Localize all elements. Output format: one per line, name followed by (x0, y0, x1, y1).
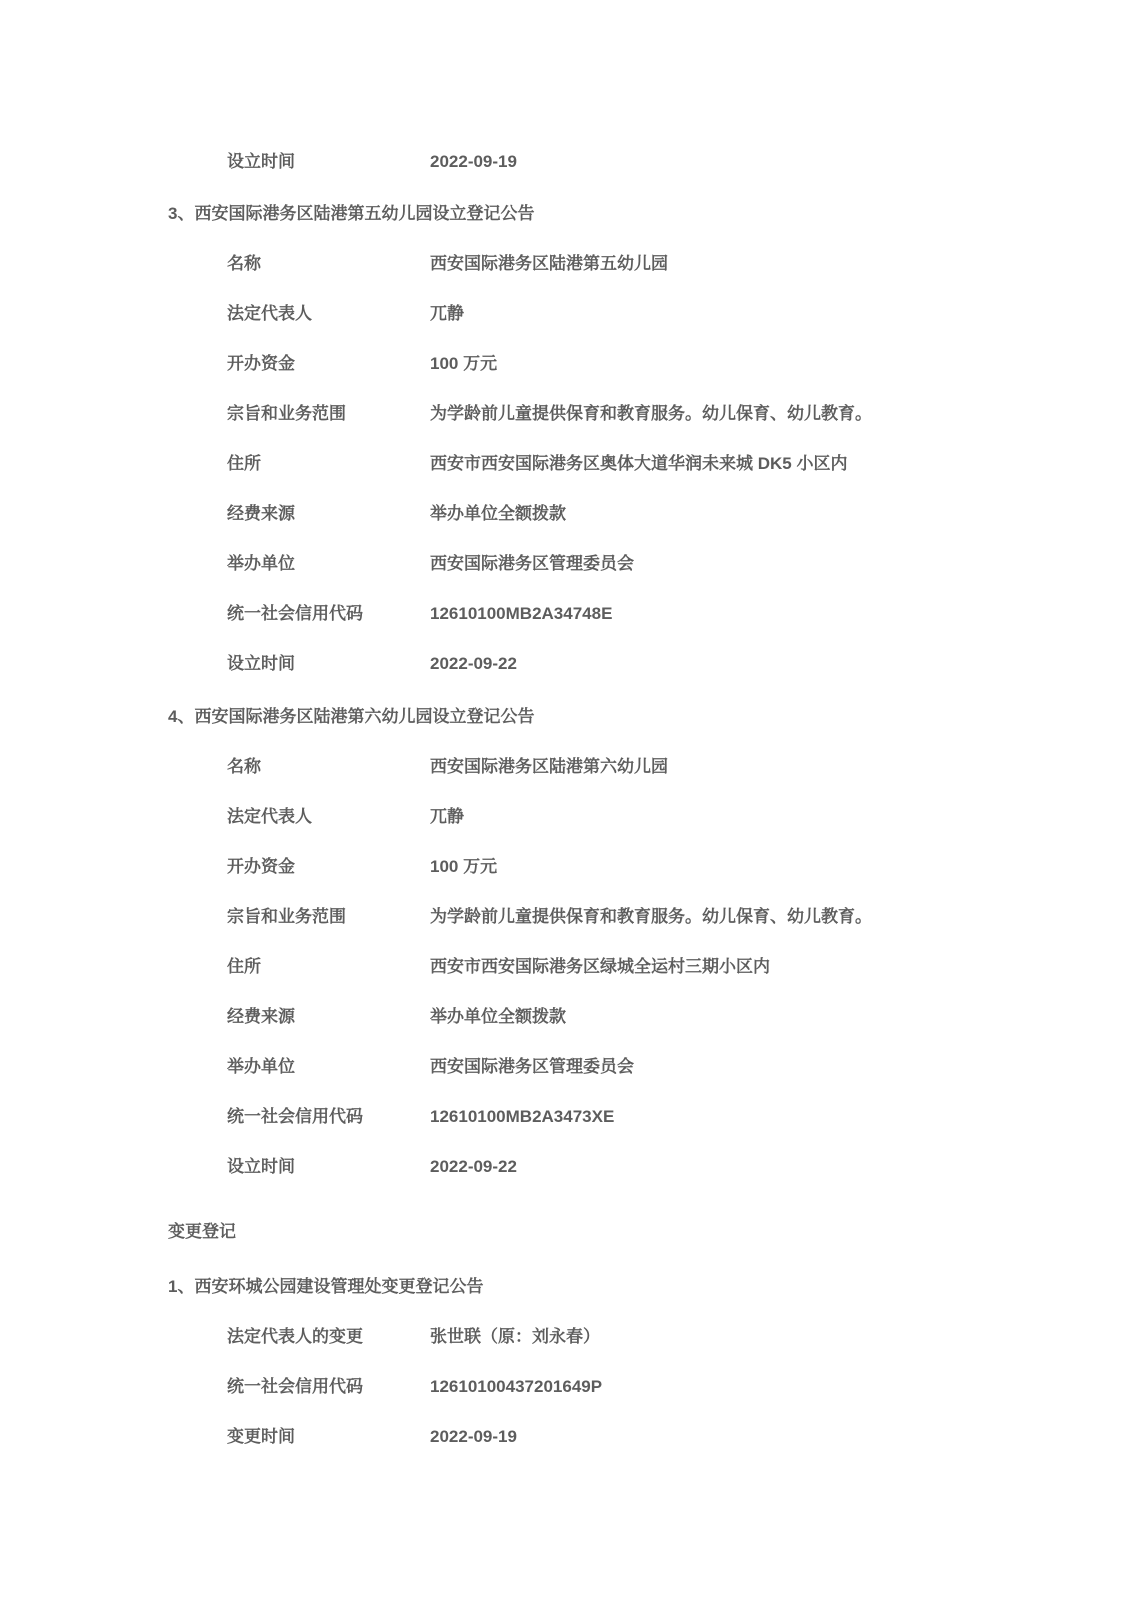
field-value: 西安市西安国际港务区绿城全运村三期小区内 (430, 956, 770, 978)
field-row: 统一社会信用代码 12610100MB2A34748E (0, 603, 1131, 625)
field-row: 住所 西安市西安国际港务区绿城全运村三期小区内 (0, 956, 1131, 978)
field-value: 举办单位全额拨款 (430, 503, 566, 525)
field-row: 设立时间 2022-09-22 (0, 1156, 1131, 1178)
field-label: 法定代表人 (227, 303, 430, 325)
field-value: 2022-09-22 (430, 653, 517, 675)
field-label: 法定代表人的变更 (227, 1326, 430, 1348)
field-label: 宗旨和业务范围 (227, 403, 430, 425)
field-row: 统一社会信用代码 12610100437201649P (0, 1376, 1131, 1398)
field-label: 开办资金 (227, 856, 430, 878)
field-value: 12610100MB2A3473XE (430, 1106, 614, 1128)
field-label: 设立时间 (227, 653, 430, 675)
field-label: 住所 (227, 453, 430, 475)
establishment-item-3: 3、西安国际港务区陆港第五幼儿园设立登记公告 名称 西安国际港务区陆港第五幼儿园… (0, 203, 1131, 675)
item-heading: 1、西安环城公园建设管理处变更登记公告 (0, 1276, 1131, 1298)
field-label: 设立时间 (227, 1156, 430, 1178)
field-value: 100 万元 (430, 353, 497, 375)
item-heading: 3、西安国际港务区陆港第五幼儿园设立登记公告 (0, 203, 1131, 225)
field-label: 统一社会信用代码 (227, 1376, 430, 1398)
field-row: 举办单位 西安国际港务区管理委员会 (0, 1056, 1131, 1078)
field-value: 兀静 (430, 806, 464, 828)
field-label: 法定代表人 (227, 806, 430, 828)
field-value: 为学龄前儿童提供保育和教育服务。幼儿保育、幼儿教育。 (430, 403, 872, 425)
field-label: 宗旨和业务范围 (227, 906, 430, 928)
item-heading: 4、西安国际港务区陆港第六幼儿园设立登记公告 (0, 706, 1131, 728)
establishment-item-4: 4、西安国际港务区陆港第六幼儿园设立登记公告 名称 西安国际港务区陆港第六幼儿园… (0, 706, 1131, 1178)
field-value: 为学龄前儿童提供保育和教育服务。幼儿保育、幼儿教育。 (430, 906, 872, 928)
field-row: 法定代表人 兀静 (0, 303, 1131, 325)
field-label: 举办单位 (227, 1056, 430, 1078)
field-label: 统一社会信用代码 (227, 1106, 430, 1128)
field-value: 西安市西安国际港务区奥体大道华润未来城 DK5 小区内 (430, 453, 847, 475)
field-row: 经费来源 举办单位全额拨款 (0, 503, 1131, 525)
field-label: 名称 (227, 756, 430, 778)
field-row: 开办资金 100 万元 (0, 856, 1131, 878)
section-title-change-registration: 变更登记 (0, 1221, 1131, 1243)
field-value: 兀静 (430, 303, 464, 325)
field-row: 设立时间 2022-09-19 (0, 151, 1131, 173)
change-item-1: 1、西安环城公园建设管理处变更登记公告 法定代表人的变更 张世联（原：刘永春） … (0, 1276, 1131, 1448)
field-row: 宗旨和业务范围 为学龄前儿童提供保育和教育服务。幼儿保育、幼儿教育。 (0, 403, 1131, 425)
field-label: 住所 (227, 956, 430, 978)
field-row: 开办资金 100 万元 (0, 353, 1131, 375)
field-label: 举办单位 (227, 553, 430, 575)
field-row: 经费来源 举办单位全额拨款 (0, 1006, 1131, 1028)
field-row: 法定代表人的变更 张世联（原：刘永春） (0, 1326, 1131, 1348)
field-value: 2022-09-19 (430, 151, 517, 173)
field-label: 经费来源 (227, 1006, 430, 1028)
field-value: 西安国际港务区陆港第五幼儿园 (430, 253, 668, 275)
field-row: 变更时间 2022-09-19 (0, 1426, 1131, 1448)
field-label: 设立时间 (227, 151, 430, 173)
field-value: 12610100437201649P (430, 1376, 602, 1398)
field-value: 举办单位全额拨款 (430, 1006, 566, 1028)
field-value: 100 万元 (430, 856, 497, 878)
field-value: 2022-09-19 (430, 1426, 517, 1448)
field-value: 西安国际港务区陆港第六幼儿园 (430, 756, 668, 778)
field-label: 名称 (227, 253, 430, 275)
field-label: 开办资金 (227, 353, 430, 375)
field-row: 住所 西安市西安国际港务区奥体大道华润未来城 DK5 小区内 (0, 453, 1131, 475)
field-value: 西安国际港务区管理委员会 (430, 1056, 634, 1078)
field-row: 设立时间 2022-09-22 (0, 653, 1131, 675)
field-row: 名称 西安国际港务区陆港第五幼儿园 (0, 253, 1131, 275)
field-label: 统一社会信用代码 (227, 603, 430, 625)
field-value: 张世联（原：刘永春） (430, 1326, 600, 1348)
field-label: 经费来源 (227, 503, 430, 525)
field-row: 名称 西安国际港务区陆港第六幼儿园 (0, 756, 1131, 778)
field-value: 12610100MB2A34748E (430, 603, 612, 625)
document-page: 设立时间 2022-09-19 3、西安国际港务区陆港第五幼儿园设立登记公告 名… (0, 0, 1131, 1600)
field-row: 举办单位 西安国际港务区管理委员会 (0, 553, 1131, 575)
field-value: 2022-09-22 (430, 1156, 517, 1178)
field-row: 统一社会信用代码 12610100MB2A3473XE (0, 1106, 1131, 1128)
field-row: 法定代表人 兀静 (0, 806, 1131, 828)
field-row: 宗旨和业务范围 为学龄前儿童提供保育和教育服务。幼儿保育、幼儿教育。 (0, 906, 1131, 928)
field-label: 变更时间 (227, 1426, 430, 1448)
field-value: 西安国际港务区管理委员会 (430, 553, 634, 575)
